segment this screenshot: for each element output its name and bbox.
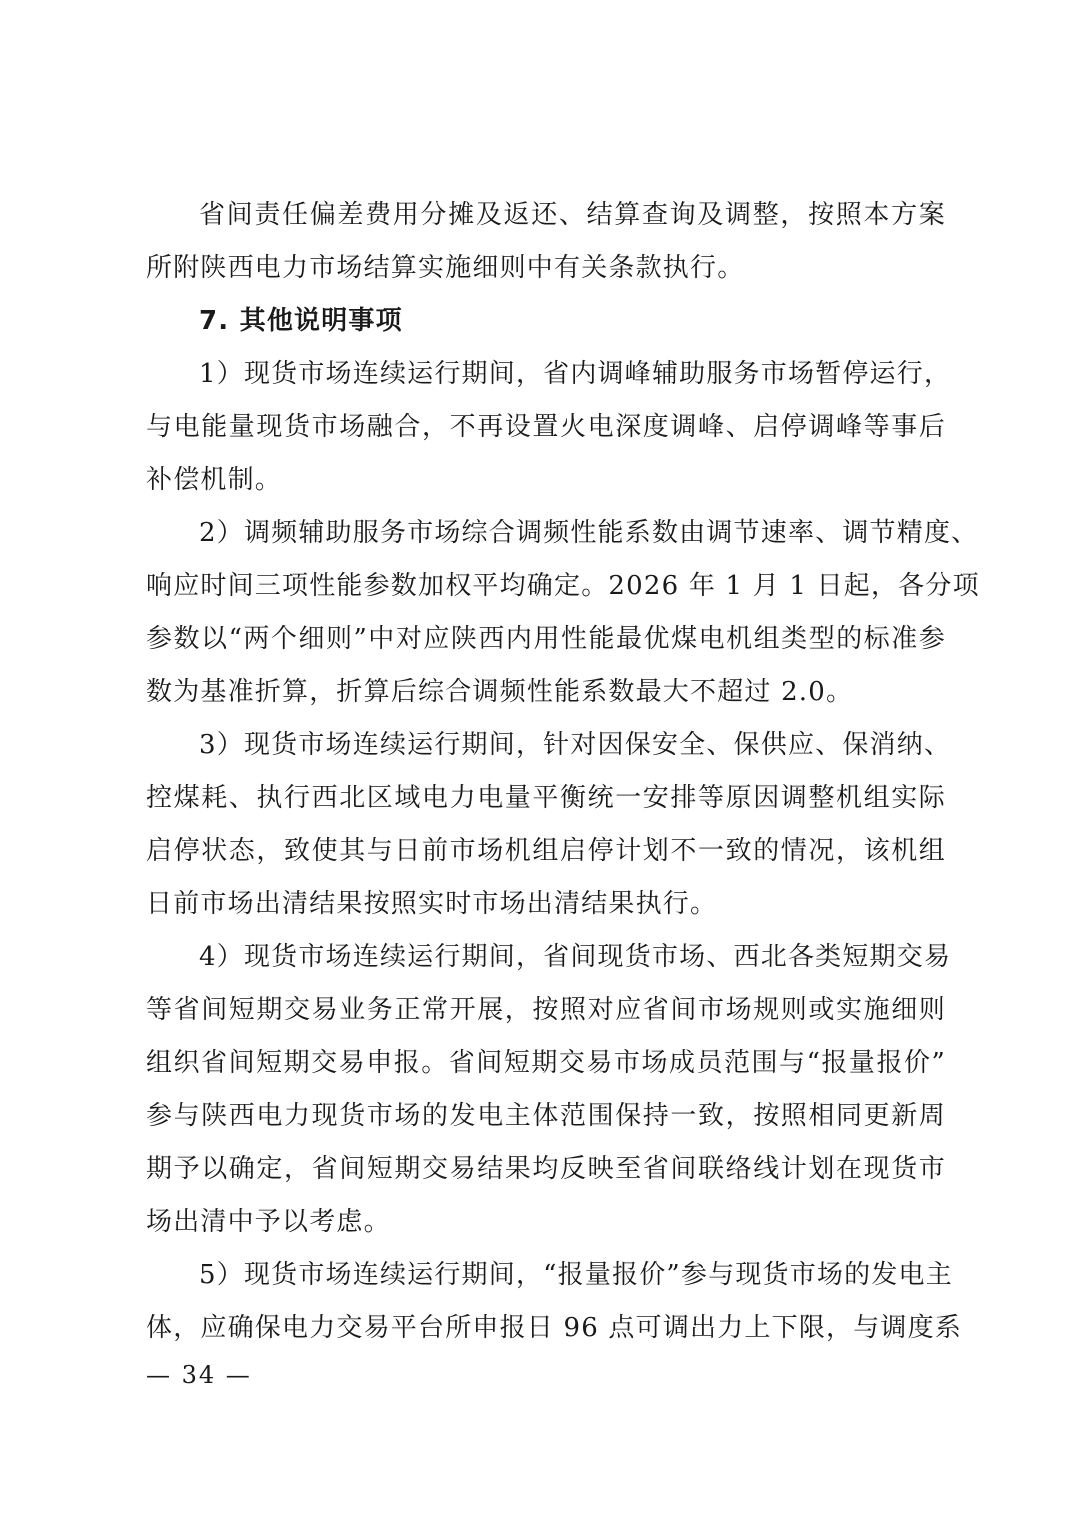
paragraph-line: 场出清中予以考虑。 [146,1206,391,1238]
paragraph-line: 2）调频辅助服务市场综合调频性能系数由调节速率、调节精度、 [199,517,946,549]
paragraph-line: 1）现货市场连续运行期间，省内调峰辅助服务市场暂停运行， [199,358,946,390]
page-number: — 34 — [146,1360,252,1390]
paragraph-line: 3）现货市场连续运行期间，针对因保安全、保供应、保消纳、 [199,729,946,761]
paragraph-line: 体，应确保电力交易平台所申报日 96 点可调出力上下限，与调度系 [146,1312,946,1344]
paragraph-line: 参数以“两个细则”中对应陕西内用性能最优煤电机组类型的标准参 [146,623,946,655]
paragraph-line: 等省间短期交易业务正常开展，按照对应省间市场规则或实施细则 [146,994,946,1026]
paragraph-line: 省间责任偏差费用分摊及返还、结算查询及调整，按照本方案 [199,199,946,231]
paragraph-line: 补偿机制。 [146,464,282,496]
paragraph-line: 控煤耗、执行西北区域电力电量平衡统一安排等原因调整机组实际 [146,782,946,814]
paragraph-line: 启停状态，致使其与日前市场机组启停计划不一致的情况，该机组 [146,835,946,867]
paragraph-line: 所附陕西电力市场结算实施细则中有关条款执行。 [146,252,744,284]
paragraph-line: 期予以确定，省间短期交易结果均反映至省间联络线计划在现货市 [146,1153,946,1185]
paragraph-line: 5）现货市场连续运行期间，“报量报价”参与现货市场的发电主 [199,1259,946,1291]
paragraph-line: 日前市场出清结果按照实时市场出清结果执行。 [146,888,717,920]
paragraph-line: 4）现货市场连续运行期间，省间现货市场、西北各类短期交易 [199,941,946,973]
paragraph-line: 参与陕西电力现货市场的发电主体范围保持一致，按照相同更新周 [146,1100,946,1132]
section-heading: 7. 其他说明事项 [199,305,403,337]
paragraph-line: 组织省间短期交易申报。省间短期交易市场成员范围与“报量报价” [146,1047,946,1079]
paragraph-line: 响应时间三项性能参数加权平均确定。2026 年 1 月 1 日起，各分项 [146,570,946,602]
document-page: 省间责任偏差费用分摊及返还、结算查询及调整，按照本方案 所附陕西电力市场结算实施… [0,0,1080,1527]
paragraph-line: 数为基准折算，折算后综合调频性能系数最大不超过 2.0。 [146,676,853,708]
paragraph-line: 与电能量现货市场融合，不再设置火电深度调峰、启停调峰等事后 [146,411,946,443]
